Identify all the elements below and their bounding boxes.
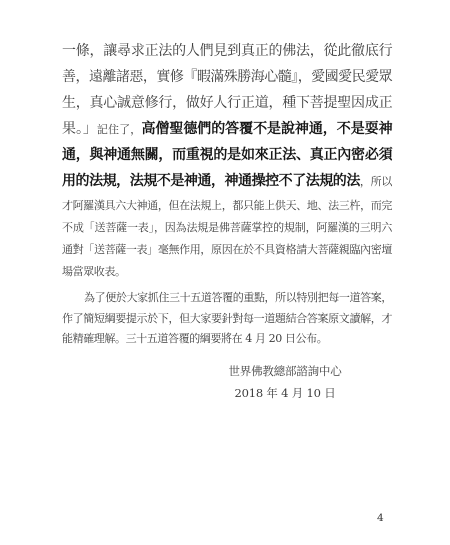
page-number: 4 — [377, 512, 384, 524]
document-page: 一條，讓尋求正法的人們見到真正的佛法，從此徹底行善，遠離諸惡，實修『暇滿殊勝海心… — [0, 0, 450, 545]
paragraph-secondary: 為了便於大家抓住三十五道答覆的重點，所以特別把每一道答案，作了簡短綱要提示於下，… — [62, 288, 392, 350]
signature-block: 世界佛教總部諮詢中心 2018 年 4 月 10 日 — [224, 360, 346, 404]
paragraph1-explanation-text: ，所以才阿羅漢具六大神通，但在法規上，都只能上供天、地、法三杵，而完不成「送菩薩… — [62, 175, 392, 278]
signature-organization: 世界佛教總部諮詢中心 — [224, 360, 346, 382]
paragraph1-note-text: 記住了， — [97, 123, 142, 136]
paragraph-main: 一條，讓尋求正法的人們見到真正的佛法，從此徹底行善，遠離諸惡，實修『暇滿殊勝海心… — [62, 38, 392, 282]
text-content: 一條，讓尋求正法的人們見到真正的佛法，從此徹底行善，遠離諸惡，實修『暇滿殊勝海心… — [62, 38, 392, 404]
signature-date: 2018 年 4 月 10 日 — [224, 382, 346, 404]
